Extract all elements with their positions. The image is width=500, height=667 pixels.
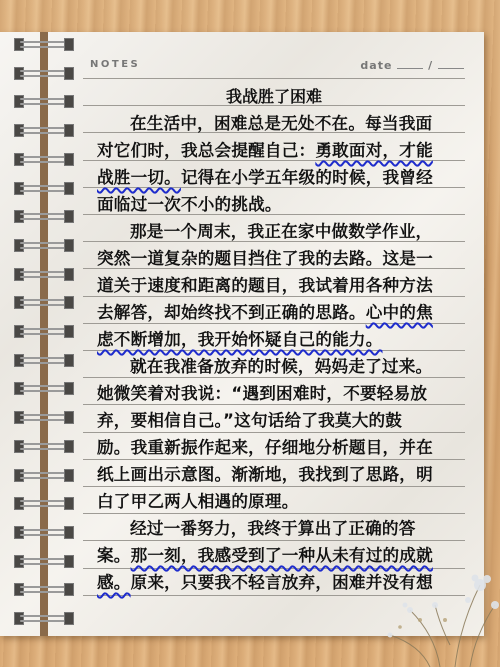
ring-wire xyxy=(20,161,68,163)
spiral-ring xyxy=(12,555,74,569)
ring-hole-left xyxy=(14,526,24,539)
spiral-ring xyxy=(12,38,74,52)
ring-hole-left xyxy=(14,555,24,568)
text-segment: 那是一个周末，我正在家中做数学作业， xyxy=(130,222,432,241)
highlighted-phrase: 心中的焦 xyxy=(366,303,433,322)
ring-wire xyxy=(20,500,68,502)
spiral-ring xyxy=(12,153,74,167)
ring-hole-left xyxy=(14,124,24,137)
text-segment: 原来，只要我不轻言放弃，困难并没有想 xyxy=(131,573,433,592)
ring-wire xyxy=(20,357,68,359)
ring-wire xyxy=(20,247,68,249)
text-line: 道关于速度和距离的题目，我试着用各种方法 xyxy=(97,274,469,301)
text-segment: 经过一番努力，我终于算出了正确的答 xyxy=(130,519,416,538)
ring-wire xyxy=(20,558,68,560)
ring-hole-left xyxy=(14,95,24,108)
ring-hole-right xyxy=(64,612,74,625)
ring-wire xyxy=(20,443,68,445)
text-segment: 案。 xyxy=(97,546,131,565)
ring-wire xyxy=(20,620,68,622)
ring-hole-right xyxy=(64,469,74,482)
ring-wire xyxy=(20,591,68,593)
text-line: 经过一番努力，我终于算出了正确的答 xyxy=(97,517,469,544)
ring-hole-right xyxy=(64,583,74,596)
text-segment: 励。我重新振作起来，仔细地分析题目，并在 xyxy=(97,438,433,457)
highlighted-phrase: 虑不断增加，我开始怀疑自己的能力。 xyxy=(97,330,383,349)
text-line: 那是一个周末，我正在家中做数学作业， xyxy=(97,220,469,247)
ring-hole-right xyxy=(64,354,74,367)
spiral-ring xyxy=(12,95,74,109)
ring-hole-left xyxy=(14,411,24,424)
ring-hole-left xyxy=(14,469,24,482)
text-line: 励。我重新振作起来，仔细地分析题目，并在 xyxy=(97,436,469,463)
text-line: 她微笑着对我说：“遇到困难时，不要轻易放 xyxy=(97,382,469,409)
ring-wire xyxy=(20,529,68,531)
spiral-ring xyxy=(12,583,74,597)
ring-wire xyxy=(20,414,68,416)
text-line: 案。那一刻，我感受到了一种从未有过的成就 xyxy=(97,544,469,571)
highlighted-phrase: 战胜一切。 xyxy=(97,168,181,187)
spiral-ring xyxy=(12,440,74,454)
text-line: 虑不断增加，我开始怀疑自己的能力。 xyxy=(97,328,469,355)
text-line: 就在我准备放弃的时候，妈妈走了过来。 xyxy=(97,355,469,382)
text-line: 面临过一次不小的挑战。 xyxy=(97,193,469,220)
ring-wire xyxy=(20,271,68,273)
ring-hole-right xyxy=(64,153,74,166)
text-line: 去解答，却始终找不到正确的思路。心中的焦 xyxy=(97,301,469,328)
ring-wire xyxy=(20,185,68,187)
ring-hole-left xyxy=(14,210,24,223)
ring-hole-right xyxy=(64,382,74,395)
ring-hole-right xyxy=(64,296,74,309)
spiral-ring xyxy=(12,325,74,339)
ring-hole-right xyxy=(64,497,74,510)
ring-hole-left xyxy=(14,382,24,395)
ring-hole-left xyxy=(14,239,24,252)
ring-hole-left xyxy=(14,497,24,510)
spiral-ring xyxy=(12,526,74,540)
spiral-ring xyxy=(12,210,74,224)
text-line: 战胜一切。记得在小学五年级的时候，我曾经 xyxy=(97,166,469,193)
ring-hole-right xyxy=(64,124,74,137)
ring-wire xyxy=(20,505,68,507)
ring-wire xyxy=(20,328,68,330)
ring-wire xyxy=(20,390,68,392)
spiral-ring xyxy=(12,239,74,253)
ring-hole-left xyxy=(14,583,24,596)
ring-wire xyxy=(20,419,68,421)
ring-wire xyxy=(20,333,68,335)
text-line: 突然一道复杂的题目挡住了我的去路。这是一 xyxy=(97,247,469,274)
ring-wire xyxy=(20,448,68,450)
ring-wire xyxy=(20,242,68,244)
essay-title: 我战胜了困难 xyxy=(83,84,465,107)
ring-hole-right xyxy=(64,38,74,51)
text-segment: 去解答，却始终找不到正确的思路。 xyxy=(97,303,366,322)
ring-hole-right xyxy=(64,268,74,281)
ring-wire xyxy=(20,534,68,536)
ring-wire xyxy=(20,218,68,220)
spiral-ring xyxy=(12,612,74,626)
ring-hole-left xyxy=(14,67,24,80)
highlighted-phrase: 那一刻，我感受到了一种从未有过的成就 xyxy=(131,546,433,565)
ring-wire xyxy=(20,70,68,72)
ring-hole-right xyxy=(64,411,74,424)
ring-hole-left xyxy=(14,354,24,367)
text-line: 在生活中，困难总是无处不在。每当我面 xyxy=(97,112,469,139)
text-segment: 她微笑着对我说：“遇到困难时，不要轻易放 xyxy=(97,384,427,403)
ring-hole-left xyxy=(14,38,24,51)
ring-wire xyxy=(20,586,68,588)
text-line: 纸上画出示意图。渐渐地，我找到了思路，明 xyxy=(97,463,469,490)
ring-wire xyxy=(20,213,68,215)
date-label: date xyxy=(360,59,392,72)
ring-wire xyxy=(20,276,68,278)
ring-wire xyxy=(20,615,68,617)
date-separator: / xyxy=(428,59,433,72)
highlighted-phrase: 勇敢面对，才能 xyxy=(315,141,433,160)
text-segment: 纸上画出示意图。渐渐地，我找到了思路，明 xyxy=(97,465,433,484)
spiral-ring xyxy=(12,182,74,196)
date-blank-day xyxy=(438,58,464,69)
text-line: 感。原来，只要我不轻言放弃，困难并没有想 xyxy=(97,571,469,598)
ring-hole-left xyxy=(14,182,24,195)
ring-wire xyxy=(20,46,68,48)
ruled-line xyxy=(83,78,465,79)
text-segment: 就在我准备放弃的时候，妈妈走了过来。 xyxy=(130,357,432,376)
ring-wire xyxy=(20,362,68,364)
text-line: 白了甲乙两人相遇的原理。 xyxy=(97,490,469,517)
ring-wire xyxy=(20,304,68,306)
text-segment: 白了甲乙两人相遇的原理。 xyxy=(97,492,299,511)
ring-hole-left xyxy=(14,153,24,166)
ring-wire xyxy=(20,75,68,77)
ring-wire xyxy=(20,132,68,134)
text-segment: 在生活中，困难总是无处不在。每当我面 xyxy=(130,114,432,133)
spiral-ring xyxy=(12,469,74,483)
ring-wire xyxy=(20,103,68,105)
spiral-ring xyxy=(12,67,74,81)
ring-wire xyxy=(20,472,68,474)
essay-body: 在生活中，困难总是无处不在。每当我面对它们时，我总会提醒自己：勇敢面对，才能战胜… xyxy=(97,112,469,598)
ring-wire xyxy=(20,477,68,479)
ring-hole-left xyxy=(14,612,24,625)
text-line: 对它们时，我总会提醒自己：勇敢面对，才能 xyxy=(97,139,469,166)
spiral-ring xyxy=(12,411,74,425)
ring-wire xyxy=(20,385,68,387)
text-segment: 记得在小学五年级的时候，我曾经 xyxy=(181,168,433,187)
text-segment: 突然一道复杂的题目挡住了我的去路。这是一 xyxy=(97,249,433,268)
ring-hole-right xyxy=(64,182,74,195)
ring-wire xyxy=(20,98,68,100)
spiral-ring xyxy=(12,382,74,396)
ring-hole-right xyxy=(64,526,74,539)
ring-hole-right xyxy=(64,239,74,252)
ring-wire xyxy=(20,299,68,301)
spiral-ring xyxy=(12,497,74,511)
ring-hole-left xyxy=(14,268,24,281)
ring-hole-right xyxy=(64,210,74,223)
page-header: NOTES date / xyxy=(88,56,468,78)
text-segment: 面临过一次不小的挑战。 xyxy=(97,195,282,214)
date-field: date / xyxy=(360,58,464,72)
ring-wire xyxy=(20,41,68,43)
ring-hole-right xyxy=(64,555,74,568)
date-blank-month xyxy=(397,58,423,69)
spiral-ring xyxy=(12,354,74,368)
text-segment: 对它们时，我总会提醒自己： xyxy=(97,141,315,160)
ring-wire xyxy=(20,127,68,129)
spiral-ring xyxy=(12,268,74,282)
ring-wire xyxy=(20,156,68,158)
ring-hole-right xyxy=(64,325,74,338)
text-segment: 道关于速度和距离的题目，我试着用各种方法 xyxy=(97,276,433,295)
ring-hole-left xyxy=(14,296,24,309)
notes-label: NOTES xyxy=(90,59,140,70)
ring-wire xyxy=(20,563,68,565)
spiral-ring xyxy=(12,296,74,310)
spiral-ring xyxy=(12,124,74,138)
highlighted-phrase: 感。 xyxy=(97,573,131,592)
ring-hole-left xyxy=(14,325,24,338)
text-segment: 弃，要相信自己。”这句话给了我莫大的鼓 xyxy=(97,411,402,430)
text-line: 弃，要相信自己。”这句话给了我莫大的鼓 xyxy=(97,409,469,436)
ring-wire xyxy=(20,190,68,192)
ring-hole-right xyxy=(64,440,74,453)
ring-hole-right xyxy=(64,67,74,80)
ring-hole-right xyxy=(64,95,74,108)
ring-hole-left xyxy=(14,440,24,453)
